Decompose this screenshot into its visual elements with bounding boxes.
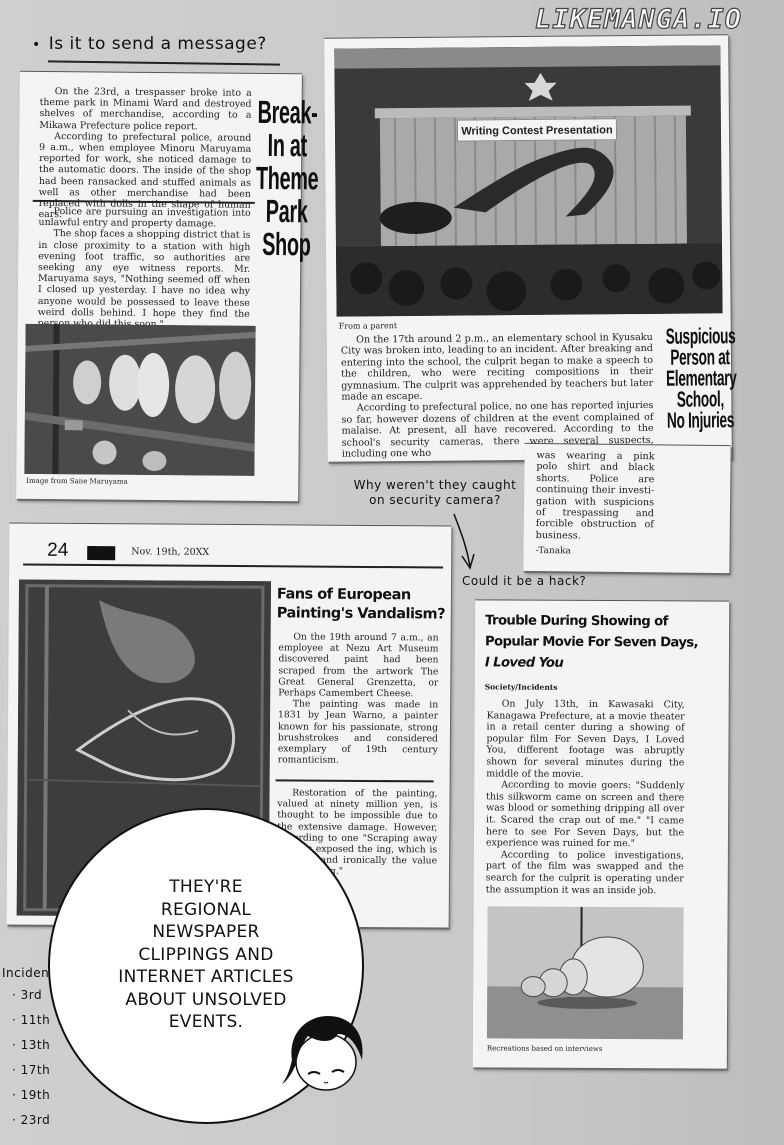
- speech-line: INTERNET ARTICLES: [50, 966, 362, 989]
- headline-line: Theme: [256, 162, 318, 196]
- paragraph: Police are pursuing an investigation int…: [38, 206, 250, 230]
- incident-item: · 23rd: [12, 1113, 61, 1127]
- paragraph: On the 23rd, a trespasser broke into a t…: [39, 86, 251, 133]
- speech-line: CLIPPINGS AND: [50, 944, 362, 967]
- headline-line: Shop: [255, 228, 317, 262]
- incident-item: · 13th: [12, 1038, 61, 1052]
- headline-line: Park: [256, 195, 318, 229]
- paragraph: On the 17th around 2 p.m., an elementary…: [341, 332, 654, 403]
- paragraph: On July 13th, in Kawasaki City, Kanagawa…: [486, 698, 684, 780]
- incident-date: 19th: [21, 1088, 51, 1102]
- paragraph: On the 19th around 7 a.m., an employee a…: [278, 631, 438, 699]
- headline-line: In at: [256, 129, 318, 163]
- dolls-photo: [24, 324, 255, 476]
- school-stage-photo: Writing Contest Presentation: [334, 45, 722, 316]
- issue-date: Nov. 19th, 20XX: [131, 546, 209, 558]
- silkworm-photo: [487, 906, 684, 1039]
- note-line: on security camera?: [352, 493, 518, 508]
- paragraph: The shop faces a shopping district that …: [38, 228, 251, 331]
- paragraph: The painting was made in 1831 by Jean Wa…: [278, 699, 438, 767]
- headline-line: Break-: [256, 96, 318, 130]
- headline-line: I Loved You: [485, 652, 725, 674]
- article-body: On the 17th around 2 p.m., an elementary…: [341, 332, 654, 460]
- headline-line: Popular Movie For Seven Days,: [485, 631, 725, 653]
- watermark-logo: LIKEMANGA.IO: [535, 4, 742, 35]
- headline-line: Trouble During Showing of: [485, 610, 725, 632]
- headline: Suspicious Person at Elementary School, …: [666, 325, 735, 431]
- bloody-silkworm-illustration: [487, 906, 684, 1039]
- note-heading-underline: [48, 60, 280, 65]
- incident-item: · 17th: [12, 1063, 61, 1077]
- photo-caption: Recreations based on interviews: [487, 1044, 603, 1053]
- section-label: Society/Incidents: [485, 682, 558, 691]
- article-body-bottom: Police are pursuing an investigation int…: [38, 206, 251, 331]
- note-line: Why weren't they caught: [352, 478, 518, 493]
- paragraph: According to movie goers: "Suddenly this…: [486, 780, 684, 851]
- byline: -Tanaka: [535, 546, 570, 558]
- headline-line: No Injuries: [666, 409, 734, 431]
- headline-line: Painting's Vandalism?: [277, 604, 449, 624]
- note-heading: •Is it to send a message?: [32, 34, 267, 54]
- photo-caption: Image from Sane Maruyama: [26, 477, 127, 486]
- incident-item: · 19th: [12, 1088, 61, 1102]
- note-camera-question: Why weren't they caught on security came…: [352, 478, 518, 508]
- arrow-down-icon: [448, 512, 478, 572]
- clipping-theme-park: On the 23rd, a trespasser broke into a t…: [16, 71, 302, 501]
- photo-caption: From a parent: [339, 321, 398, 331]
- clipping-school: Writing Contest Presentation From a pare…: [324, 34, 732, 462]
- paragraph: According to police investigations, part…: [486, 849, 684, 896]
- headline-line: Fans of European: [277, 585, 449, 605]
- speech-line: REGIONAL: [50, 899, 362, 922]
- character-head-icon: [278, 1012, 368, 1098]
- incident-date: 17th: [21, 1063, 51, 1077]
- header-rule: [23, 564, 443, 568]
- dolls-illustration: [24, 324, 255, 476]
- speech-line: THEY'RE: [50, 876, 362, 899]
- incident-date: 23rd: [21, 1113, 51, 1127]
- continuation-text: was wearing a pink polo shirt and black …: [536, 450, 655, 542]
- incident-date: 3rd: [21, 988, 42, 1002]
- article-body-top: On the 19th around 7 a.m., an employee a…: [278, 631, 439, 767]
- page-number: 24: [47, 540, 68, 562]
- clipping-school-continuation: was wearing a pink polo shirt and black …: [523, 443, 730, 573]
- speech-bubble-text: THEY'RE REGIONAL NEWSPAPER CLIPPINGS AND…: [50, 876, 362, 1034]
- headline: Trouble During Showing of Popular Movie …: [485, 610, 725, 674]
- clipping-movie: Trouble During Showing of Popular Movie …: [473, 599, 729, 1068]
- speech-line: ABOUT UNSOLVED: [50, 989, 362, 1012]
- photo-banner: Writing Contest Presentation: [457, 118, 617, 141]
- redacted-block: [87, 546, 115, 560]
- note-hack-question: Could it be a hack?: [462, 574, 586, 588]
- headline: Break- In at Theme Park Shop: [255, 96, 318, 262]
- incident-date: 11th: [21, 1013, 51, 1027]
- article-body: On July 13th, in Kawasaki City, Kanagawa…: [486, 698, 685, 896]
- headline: Fans of European Painting's Vandalism?: [277, 585, 449, 624]
- incident-date: 13th: [21, 1038, 51, 1052]
- speech-line: NEWSPAPER: [50, 921, 362, 944]
- stage-illustration: [334, 45, 722, 316]
- note-heading-text: Is it to send a message?: [49, 34, 267, 54]
- bullet-dot: •: [32, 37, 41, 53]
- column-divider: [276, 779, 434, 782]
